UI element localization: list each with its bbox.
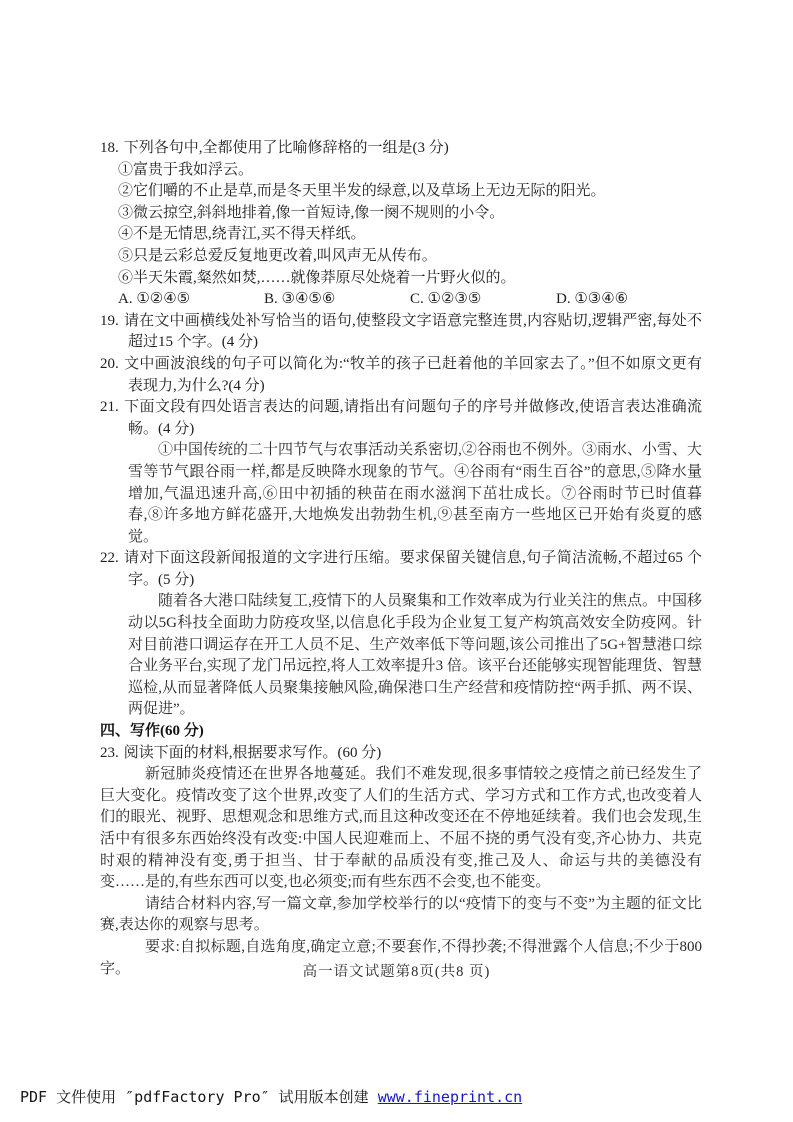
- question-19-number: 19.: [100, 313, 124, 329]
- question-20-stem-text: 文中画波浪线的句子可以简化为:“牧羊的孩子已赶着他的羊回家去了。”但不如原文更有…: [124, 356, 702, 394]
- page-footer: 高一语文试题第8页(共8 页): [0, 960, 793, 981]
- question-23: 23.阅读下面的材料,根据要求写作。(60 分) 新冠肺炎疫情还在世界各地蔓延。…: [100, 743, 702, 981]
- question-18-item-2: ②它们嚼的不止是草,而是冬天里半发的绿意,以及草场上无边无际的阳光。: [100, 181, 702, 203]
- question-18-stem-text: 下列各句中,全都使用了比喻修辞格的一组是(3 分): [124, 140, 449, 156]
- pdf-watermark-text: PDF 文件使用 ″pdfFactory Pro″ 试用版本创建: [20, 1088, 369, 1106]
- question-21-stem-text: 下面文段有四处语言表达的问题,请指出有问题句子的序号并做修改,使语言表达准确流畅…: [124, 399, 702, 437]
- question-22-number: 22.: [100, 550, 124, 566]
- exam-page: 18.下列各句中,全都使用了比喻修辞格的一组是(3 分) ①富贵于我如浮云。 ②…: [0, 0, 793, 1122]
- question-18-item-6: ⑥半天朱霞,粲然如焚,……就像莽原尽处烧着一片野火似的。: [100, 268, 702, 290]
- question-22: 22.请对下面这段新闻报道的文字进行压缩。要求保留关键信息,句子简洁流畅,不超过…: [100, 548, 702, 721]
- question-18-item-4: ④不是无情思,绕青江,买不得天样纸。: [100, 224, 702, 246]
- section-4-writing-heading: 四、写作(60 分): [100, 721, 702, 743]
- question-20-number: 20.: [100, 356, 124, 372]
- option-b: B. ③④⑤⑥: [264, 289, 410, 311]
- exam-content: 18.下列各句中,全都使用了比喻修辞格的一组是(3 分) ①富贵于我如浮云。 ②…: [100, 138, 702, 980]
- question-22-stem: 22.请对下面这段新闻报道的文字进行压缩。要求保留关键信息,句子简洁流畅,不超过…: [100, 548, 702, 591]
- question-23-stem: 23.阅读下面的材料,根据要求写作。(60 分): [100, 743, 702, 765]
- question-21-passage: ①中国传统的二十四节气与农事活动关系密切,②谷雨也不例外。③雨水、小雪、大雪等节…: [128, 440, 702, 548]
- question-19-stem-text: 请在文中画横线处补写恰当的语句,使整段文字语意完整连贯,内容贴切,逻辑严密,每处…: [124, 313, 702, 351]
- question-18-number: 18.: [100, 140, 124, 156]
- question-20-stem: 20.文中画波浪线的句子可以简化为:“牧羊的孩子已赶着他的羊回家去了。”但不如原…: [100, 354, 702, 397]
- question-21: 21.下面文段有四处语言表达的问题,请指出有问题句子的序号并做修改,使语言表达准…: [100, 397, 702, 548]
- option-a: A. ①②④⑤: [118, 289, 264, 311]
- question-20: 20.文中画波浪线的句子可以简化为:“牧羊的孩子已赶着他的羊回家去了。”但不如原…: [100, 354, 702, 397]
- question-18-item-1: ①富贵于我如浮云。: [100, 160, 702, 182]
- question-21-number: 21.: [100, 399, 124, 415]
- question-18-options: A. ①②④⑤ B. ③④⑤⑥ C. ①②③⑤ D. ①③④⑥: [100, 289, 702, 311]
- pdf-watermark: PDF 文件使用 ″pdfFactory Pro″ 试用版本创建 www.fin…: [20, 1086, 522, 1107]
- question-18: 18.下列各句中,全都使用了比喻修辞格的一组是(3 分) ①富贵于我如浮云。 ②…: [100, 138, 702, 311]
- question-23-stem-text: 阅读下面的材料,根据要求写作。(60 分): [124, 745, 382, 761]
- question-22-stem-text: 请对下面这段新闻报道的文字进行压缩。要求保留关键信息,句子简洁流畅,不超过65 …: [124, 550, 702, 588]
- question-23-number: 23.: [100, 745, 124, 761]
- fineprint-link[interactable]: www.fineprint.cn: [378, 1088, 523, 1106]
- option-d: D. ①③④⑥: [556, 289, 702, 311]
- question-21-stem: 21.下面文段有四处语言表达的问题,请指出有问题句子的序号并做修改,使语言表达准…: [100, 397, 702, 440]
- question-18-stem: 18.下列各句中,全都使用了比喻修辞格的一组是(3 分): [100, 138, 702, 160]
- question-23-material: 新冠肺炎疫情还在世界各地蔓延。我们不难发现,很多事情较之疫情之前已经发生了巨大变…: [100, 764, 702, 894]
- question-19: 19.请在文中画横线处补写恰当的语句,使整段文字语意完整连贯,内容贴切,逻辑严密…: [100, 311, 702, 354]
- question-19-stem: 19.请在文中画横线处补写恰当的语句,使整段文字语意完整连贯,内容贴切,逻辑严密…: [100, 311, 702, 354]
- question-23-task: 请结合材料内容,写一篇文章,参加学校举行的以“疫情下的变与不变”为主题的征文比赛…: [100, 894, 702, 937]
- option-c: C. ①②③⑤: [410, 289, 556, 311]
- question-22-passage: 随着各大港口陆续复工,疫情下的人员聚集和工作效率成为行业关注的焦点。中国移动以5…: [128, 591, 702, 721]
- question-18-item-3: ③微云掠空,斜斜地排着,像一首短诗,像一阕不规则的小令。: [100, 203, 702, 225]
- question-18-item-5: ⑤只是云彩总爱反复地更改着,叫风声无从传布。: [100, 246, 702, 268]
